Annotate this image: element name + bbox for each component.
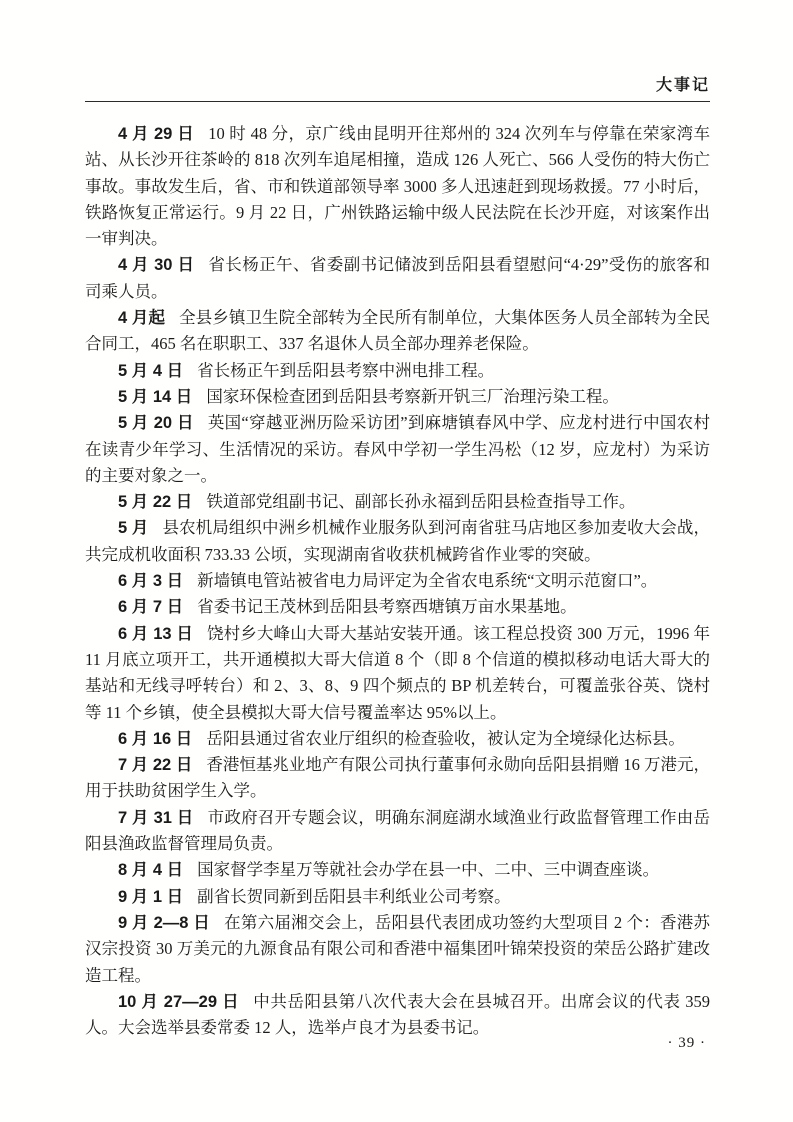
event-entry: 8 月 4 日国家督学李星万等就社会办学在县一中、二中、三中调查座谈。 xyxy=(85,857,710,883)
event-date: 4 月 30 日 xyxy=(118,256,194,274)
event-entry: 5 月 22 日铁道部党组副书记、副部长孙永福到岳阳县检查指导工作。 xyxy=(85,489,710,515)
event-entry: 5 月 4 日省长杨正午到岳阳县考察中洲电排工程。 xyxy=(85,358,710,384)
event-entry: 5 月 20 日英国“穿越亚洲历险采访团”到麻塘镇春风中学、应龙村进行中国农村在… xyxy=(85,410,710,489)
event-date: 7 月 31 日 xyxy=(118,809,194,827)
event-date: 9 月 1 日 xyxy=(118,888,183,906)
event-text: 省委书记王茂林到岳阳县考察西塘镇万亩水果基地。 xyxy=(197,597,577,616)
event-entry: 6 月 16 日岳阳县通过省农业厅组织的检查验收，被认定为全境绿化达标县。 xyxy=(85,726,710,752)
event-date: 4 月 29 日 xyxy=(118,125,194,143)
page-header-title: 大事记 xyxy=(656,77,710,94)
event-text: 省长杨正午到岳阳县考察中洲电排工程。 xyxy=(197,361,494,380)
event-date: 5 月 20 日 xyxy=(118,414,194,432)
event-entry: 5 月 14 日国家环保检查团到岳阳县考察新开钒三厂治理污染工程。 xyxy=(85,384,710,410)
event-text: 铁道部党组副书记、副部长孙永福到岳阳县检查指导工作。 xyxy=(206,492,635,511)
event-date: 7 月 22 日 xyxy=(118,756,192,774)
event-date: 4 月起 xyxy=(118,309,165,327)
event-entry: 5 月县农机局组织中洲乡机械作业服务队到河南省驻马店地区参加麦收大会战，共完成机… xyxy=(85,515,710,568)
document-page: 大事记 4 月 29 日10 时 48 分，京广线由昆明开往郑州的 324 次列… xyxy=(0,0,793,1122)
event-date: 5 月 14 日 xyxy=(118,388,192,406)
event-date: 6 月 3 日 xyxy=(118,572,183,590)
event-entry: 9 月 1 日副省长贺同新到岳阳县丰利纸业公司考察。 xyxy=(85,884,710,910)
event-text: 县农机局组织中洲乡机械作业服务队到河南省驻马店地区参加麦收大会战，共完成机收面积… xyxy=(85,518,710,563)
event-entry: 6 月 13 日饶村乡大峰山大哥大基站安装开通。该工程总投资 300 万元，19… xyxy=(85,621,710,726)
event-text: 国家督学李星万等就社会办学在县一中、二中、三中调查座谈。 xyxy=(197,860,659,879)
event-date: 5 月 4 日 xyxy=(118,362,183,380)
event-text: 岳阳县通过省农业厅组织的检查验收，被认定为全境绿化达标县。 xyxy=(206,729,685,748)
event-date: 6 月 13 日 xyxy=(118,625,193,643)
event-date: 5 月 22 日 xyxy=(118,493,192,511)
event-entry: 4 月 29 日10 时 48 分，京广线由昆明开往郑州的 324 次列车与停靠… xyxy=(85,121,710,252)
event-date: 8 月 4 日 xyxy=(118,861,183,879)
event-entry: 4 月 30 日省长杨正午、省委副书记储波到岳阳县看望慰问“4·29”受伤的旅客… xyxy=(85,252,710,305)
event-text: 全县乡镇卫生院全部转为全民所有制单位，大集体医务人员全部转为全民合同工，465 … xyxy=(85,308,710,353)
event-date: 5 月 xyxy=(118,519,148,537)
entries-list: 4 月 29 日10 时 48 分，京广线由昆明开往郑州的 324 次列车与停靠… xyxy=(85,121,710,1041)
event-date: 6 月 16 日 xyxy=(118,730,192,748)
event-entry: 9 月 2—8 日在第六届湘交会上，岳阳县代表团成功签约大型项目 2 个：香港苏… xyxy=(85,910,710,989)
page-header: 大事记 xyxy=(85,72,710,102)
event-date: 10 月 27—29 日 xyxy=(118,993,239,1011)
event-text: 副省长贺同新到岳阳县丰利纸业公司考察。 xyxy=(197,887,511,906)
event-entry: 10 月 27—29 日中共岳阳县第八次代表大会在县城召开。出席会议的代表 35… xyxy=(85,989,710,1042)
event-date: 9 月 2—8 日 xyxy=(118,914,210,932)
event-text: 国家环保检查团到岳阳县考察新开钒三厂治理污染工程。 xyxy=(206,387,619,406)
event-entry: 6 月 3 日新墙镇电管站被省电力局评定为全省农电系统“文明示范窗口”。 xyxy=(85,568,710,594)
event-entry: 6 月 7 日省委书记王茂林到岳阳县考察西塘镇万亩水果基地。 xyxy=(85,594,710,620)
event-text: 新墙镇电管站被省电力局评定为全省农电系统“文明示范窗口”。 xyxy=(197,571,657,590)
page-number: · 39 · xyxy=(668,1035,707,1052)
event-entry: 7 月 22 日香港恒基兆业地产有限公司执行董事何永勋向岳阳县捐赠 16 万港元… xyxy=(85,752,710,805)
event-entry: 7 月 31 日市政府召开专题会议，明确东洞庭湖水域渔业行政监督管理工作由岳阳县… xyxy=(85,805,710,858)
event-entry: 4 月起全县乡镇卫生院全部转为全民所有制单位，大集体医务人员全部转为全民合同工，… xyxy=(85,305,710,358)
event-date: 6 月 7 日 xyxy=(118,598,183,616)
